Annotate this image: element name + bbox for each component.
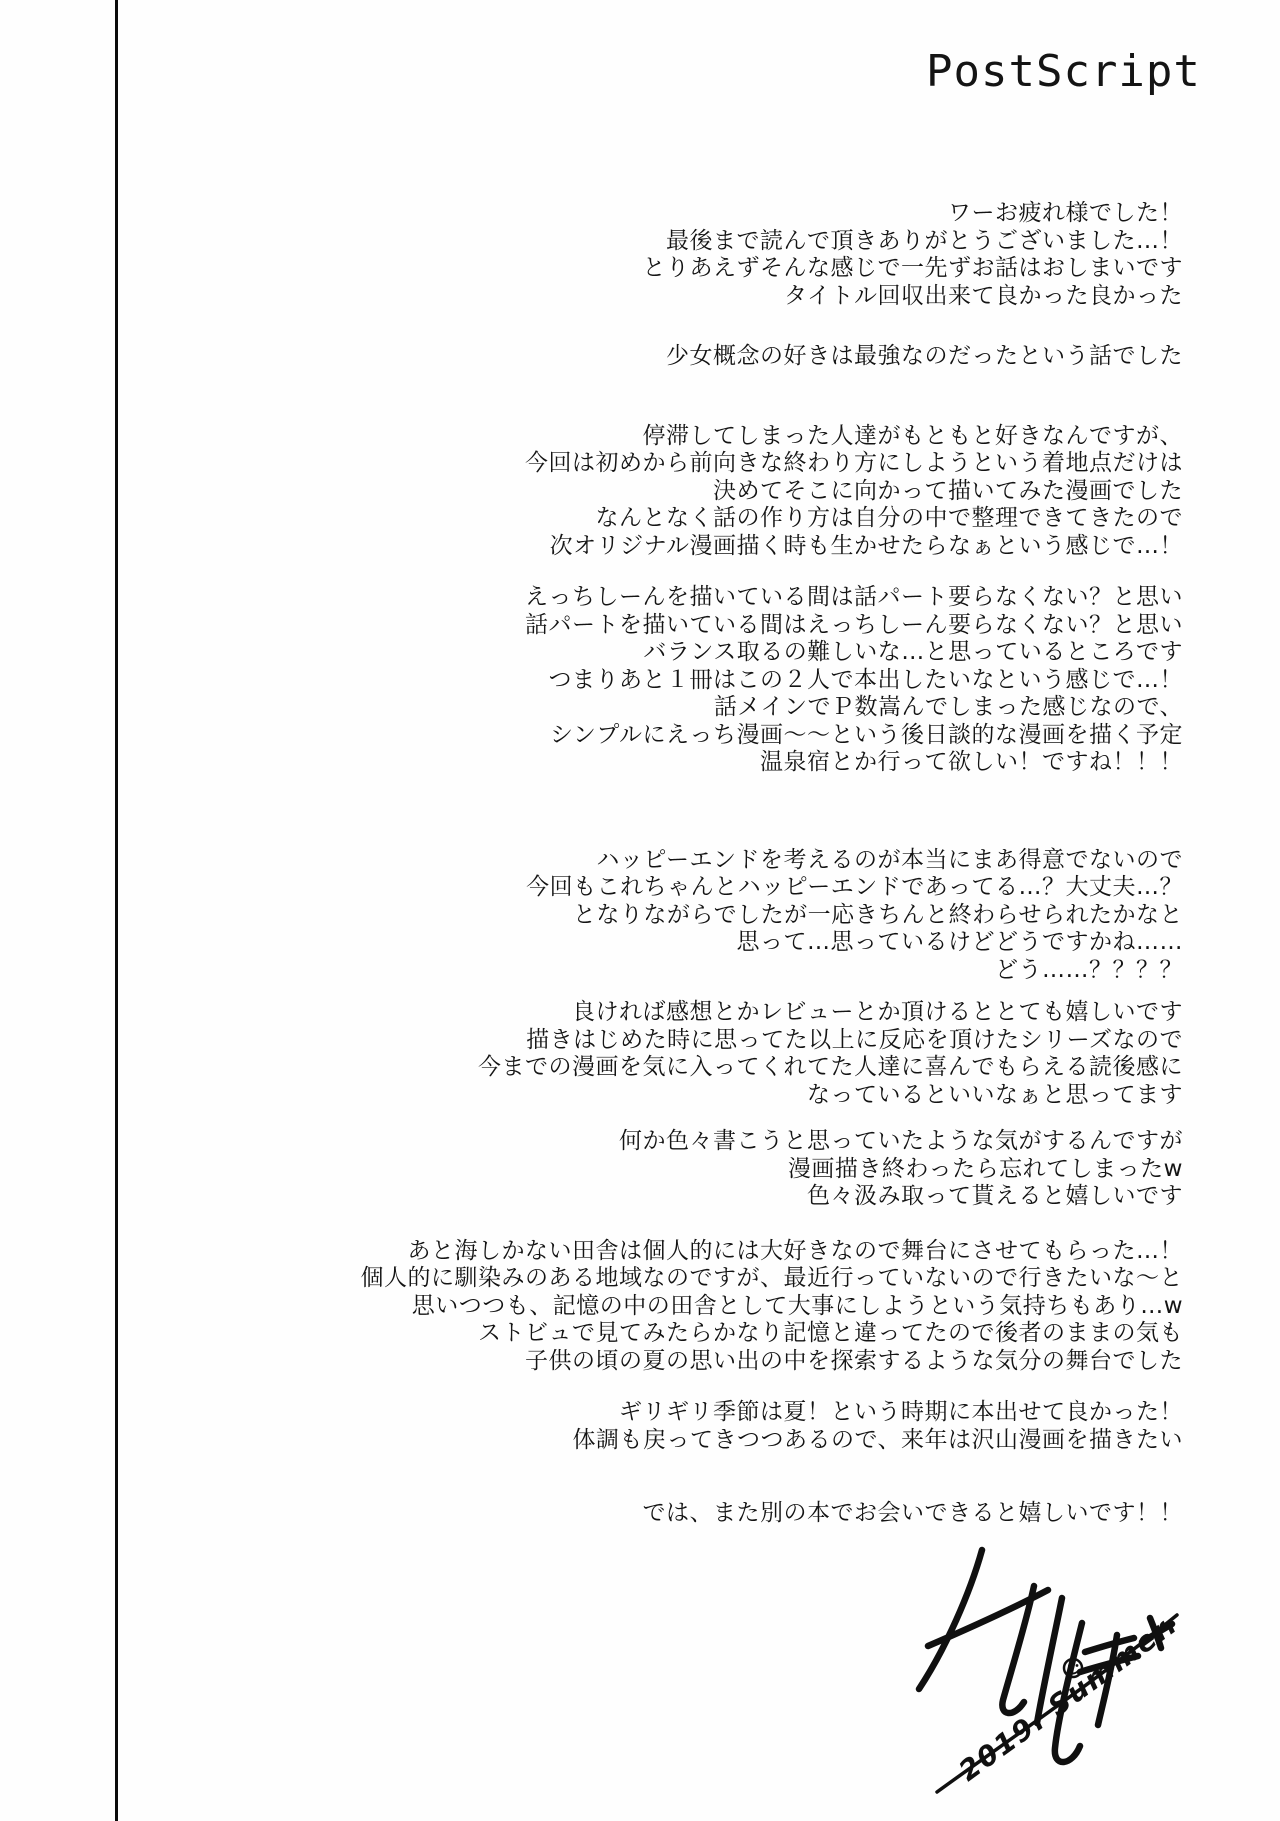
postscript-page: PostScript ワーお疲れ様でした！最後まで読んで頂きありがとうございまし…: [0, 0, 1280, 1821]
text-line: 今回は初めから前向きな終わり方にしようという着地点だけは: [135, 450, 1183, 478]
text-line: 少女概念の好きは最強なのだったという話でした: [135, 343, 1183, 371]
text-line: 思いつつも、記憶の中の田舎として大事にしようという気持ちもあり…w: [135, 1293, 1183, 1321]
author-signature: 2019. Summer.: [800, 1538, 1200, 1818]
text-line: シンプルにえっち漫画～～という後日談的な漫画を描く予定: [135, 722, 1183, 750]
text-line: 停滞してしまった人達がもともと好きなんですが、: [135, 423, 1183, 451]
text-line: あと海しかない田舎は個人的には大好きなので舞台にさせてもらった…！: [135, 1238, 1183, 1266]
paragraph-7: 何か色々書こうと思っていたような気がするんですが漫画描き終わったら忘れてしまった…: [135, 1128, 1183, 1211]
text-line: バランス取るの難しいな…と思っているところです: [135, 639, 1183, 667]
text-line: 子供の頃の夏の思い出の中を探索するような気分の舞台でした: [135, 1348, 1183, 1376]
paragraph-4: えっちしーんを描いている間は話パート要らなくない？と思い話パートを描いている間は…: [135, 584, 1183, 777]
paragraph-9: ギリギリ季節は夏！という時期に本出せて良かった！体調も戻ってきつつあるので、来年…: [135, 1399, 1183, 1454]
text-line: 決めてそこに向かって描いてみた漫画でした: [135, 478, 1183, 506]
paragraph-8: あと海しかない田舎は個人的には大好きなので舞台にさせてもらった…！個人的に馴染み…: [135, 1238, 1183, 1376]
page-binding-edge-line: [115, 0, 118, 1821]
text-line: えっちしーんを描いている間は話パート要らなくない？と思い: [135, 584, 1183, 612]
text-line: 漫画描き終わったら忘れてしまったw: [135, 1156, 1183, 1184]
text-line: 良ければ感想とかレビューとか頂けるととても嬉しいです: [135, 999, 1183, 1027]
text-line: では、また別の本でお会いできると嬉しいです！！: [135, 1500, 1183, 1528]
paragraph-5: ハッピーエンドを考えるのが本当にまあ得意でないので今回もこれちゃんとハッピーエン…: [135, 847, 1183, 985]
afterword-text: ワーお疲れ様でした！最後まで読んで頂きありがとうございました…！とりあえずそんな…: [135, 200, 1183, 1528]
text-line: なんとなく話の作り方は自分の中で整理できてきたので: [135, 505, 1183, 533]
text-line: タイトル回収出来て良かった良かった: [135, 283, 1183, 311]
paragraph-10: では、また別の本でお会いできると嬉しいです！！: [135, 1500, 1183, 1528]
text-line: となりながらでしたが一応きちんと終わらせられたかなと: [135, 902, 1183, 930]
text-line: 話パートを描いている間はえっちしーん要らなくない？と思い: [135, 612, 1183, 640]
paragraph-6: 良ければ感想とかレビューとか頂けるととても嬉しいです描きはじめた時に思ってた以上…: [135, 999, 1183, 1109]
text-line: つまりあと１冊はこの２人で本出したいなという感じで…！: [135, 667, 1183, 695]
text-line: 色々汲み取って貰えると嬉しいです: [135, 1183, 1183, 1211]
text-line: なっているといいなぁと思ってます: [135, 1082, 1183, 1110]
text-line: 今までの漫画を気に入ってくれてた人達に喜んでもらえる読後感に: [135, 1054, 1183, 1082]
text-line: 話メインでＰ数嵩んでしまった感じなので、: [135, 694, 1183, 722]
text-line: ハッピーエンドを考えるのが本当にまあ得意でないので: [135, 847, 1183, 875]
text-line: 次オリジナル漫画描く時も生かせたらなぁという感じで…！: [135, 533, 1183, 561]
text-line: 今回もこれちゃんとハッピーエンドであってる…？大丈夫…？: [135, 874, 1183, 902]
text-line: ストビュで見てみたらかなり記憶と違ってたので後者のままの気も: [135, 1320, 1183, 1348]
text-line: 何か色々書こうと思っていたような気がするんですが: [135, 1128, 1183, 1156]
text-line: 思って…思っているけどどうですかね……: [135, 929, 1183, 957]
text-line: 最後まで読んで頂きありがとうございました…！: [135, 228, 1183, 256]
paragraph-1: ワーお疲れ様でした！最後まで読んで頂きありがとうございました…！とりあえずそんな…: [135, 200, 1183, 310]
text-line: どう……？？？？: [135, 957, 1183, 985]
signature-scrawl-icon: 2019. Summer.: [800, 1538, 1200, 1818]
text-line: 温泉宿とか行って欲しい！ですね！！！: [135, 749, 1183, 777]
text-line: ワーお疲れ様でした！: [135, 200, 1183, 228]
text-line: とりあえずそんな感じで一先ずお話はおしまいです: [135, 255, 1183, 283]
page-title: PostScript: [926, 46, 1201, 97]
text-line: 個人的に馴染みのある地域なのですが、最近行っていないので行きたいな～と: [135, 1265, 1183, 1293]
paragraph-3: 停滞してしまった人達がもともと好きなんですが、今回は初めから前向きな終わり方にし…: [135, 423, 1183, 561]
paragraph-2: 少女概念の好きは最強なのだったという話でした: [135, 343, 1183, 371]
text-line: ギリギリ季節は夏！という時期に本出せて良かった！: [135, 1399, 1183, 1427]
text-line: 体調も戻ってきつつあるので、来年は沢山漫画を描きたい: [135, 1427, 1183, 1455]
text-line: 描きはじめた時に思ってた以上に反応を頂けたシリーズなので: [135, 1027, 1183, 1055]
